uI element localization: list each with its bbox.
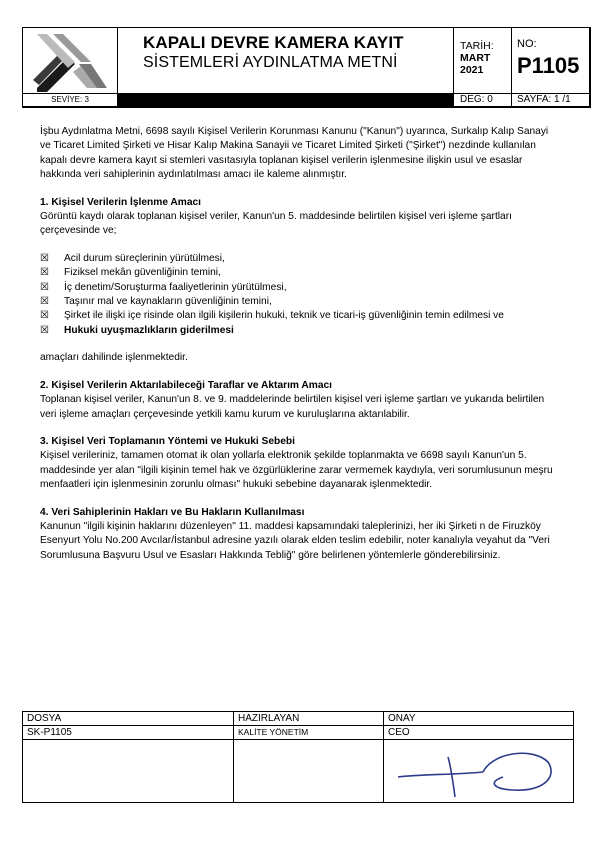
header-black-bar xyxy=(118,94,454,107)
doc-number-cell: NO: P1105 xyxy=(512,28,590,94)
section-4-text: Kanunun "ilgili kişinin haklarını düzenl… xyxy=(40,520,560,563)
section-4-title: 4. Veri Sahiplerinin Hakları ve Bu Hakla… xyxy=(40,506,560,520)
section-2-title: 2. Kişisel Verilerin Aktarılabileceği Ta… xyxy=(40,379,560,393)
section-2-text: Toplanan kişisel veriler, Kanun'un 8. ve… xyxy=(40,393,560,422)
checkbox-glyph-icon: ☒ xyxy=(40,295,64,309)
date-cell: TARİH: MART 2021 xyxy=(454,28,512,94)
checkbox-glyph-icon: ☒ xyxy=(40,281,64,295)
approval-table: DOSYA HAZIRLAYAN ONAY SK-P1105 KALİTE YÖ… xyxy=(22,711,574,803)
dosya-label: DOSYA xyxy=(23,713,61,724)
purpose-list: ☒Acil durum süreçlerinin yürütülmesi, ☒F… xyxy=(40,252,560,338)
level-cell: SEVİYE: 3 xyxy=(23,94,118,107)
page-cell: SAYFA: 1 /1 xyxy=(512,94,590,107)
onay-label: ONAY xyxy=(384,713,416,724)
section-3-title: 3. Kişisel Veri Toplamanın Yöntemi ve Hu… xyxy=(40,435,560,449)
checkbox-glyph-icon: ☒ xyxy=(40,324,64,338)
list-item: ☒İç denetim/Soruşturma faaliyetlerinin y… xyxy=(40,281,560,295)
onay-value: CEO xyxy=(384,727,410,738)
list-item: ☒Şirket ile ilişki içe risinde olan ilgi… xyxy=(40,309,560,323)
checkbox-glyph-icon: ☒ xyxy=(40,266,64,280)
list-item: ☒Fiziksel mekân güvenliğinin temini, xyxy=(40,266,560,280)
list-item: ☒Hukuki uyuşmazlıkların giderilmesi xyxy=(40,324,560,338)
signature-icon xyxy=(393,742,563,802)
company-logo xyxy=(23,28,118,94)
hazirlayan-label: HAZIRLAYAN xyxy=(234,713,299,724)
section-1-end: amaçları dahilinde işlenmektedir. xyxy=(40,351,560,365)
revision-cell: DEĞ: 0 xyxy=(454,94,512,107)
intro-paragraph: İşbu Aydınlatma Metni, 6698 sayılı Kişis… xyxy=(40,125,560,183)
section-3-text: Kişisel verileriniz, tamamen otomat ik o… xyxy=(40,449,560,492)
list-item: ☒Taşınır mal ve kaynakların güvenliğinin… xyxy=(40,295,560,309)
section-1-title: 1. Kişisel Verilerin İşlenme Amacı xyxy=(40,196,560,210)
logo-icon xyxy=(23,28,117,93)
hazirlayan-value: KALİTE YÖNETİM xyxy=(234,727,308,737)
list-item: ☒Acil durum süreçlerinin yürütülmesi, xyxy=(40,252,560,266)
dosya-value: SK-P1105 xyxy=(23,727,72,738)
document-body: İşbu Aydınlatma Metni, 6698 sayılı Kişis… xyxy=(40,125,560,563)
checkbox-glyph-icon: ☒ xyxy=(40,309,64,323)
document-title: KAPALI DEVRE KAMERA KAYIT SİSTEMLERİ AYD… xyxy=(118,28,454,94)
checkbox-glyph-icon: ☒ xyxy=(40,252,64,266)
document-header: KAPALI DEVRE KAMERA KAYIT SİSTEMLERİ AYD… xyxy=(22,27,591,108)
section-1-text: Görüntü kaydı olarak toplanan kişisel ve… xyxy=(40,210,560,239)
